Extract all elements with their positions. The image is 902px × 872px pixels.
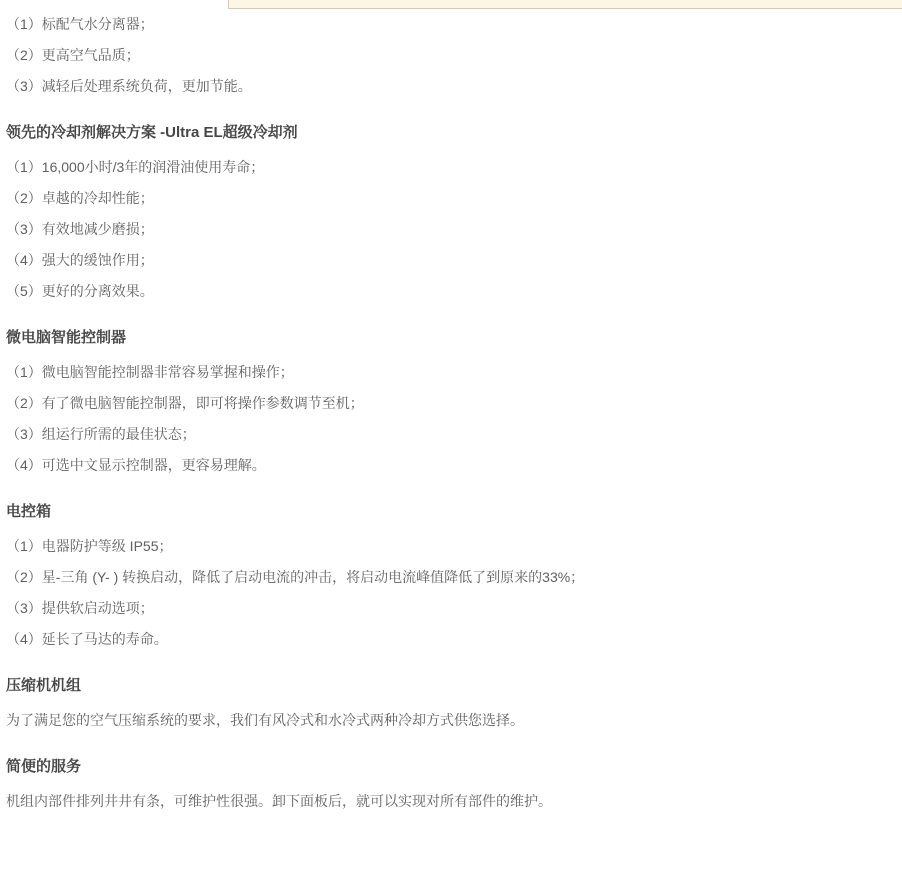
list-item: （3）组运行所需的最佳状态； bbox=[6, 424, 890, 444]
section-heading: 微电脑智能控制器 bbox=[6, 328, 890, 348]
list-item: （2）星-三角 (Y- ) 转换启动，降低了启动电流的冲击，将启动电流峰值降低了… bbox=[6, 567, 890, 587]
list-item: （2）卓越的冷却性能； bbox=[6, 188, 890, 208]
paragraph: 为了满足您的空气压缩系统的要求，我们有风冷式和水冷式两种冷却方式供您选择。 bbox=[6, 710, 890, 730]
list-item: （3）有效地减少磨损； bbox=[6, 219, 890, 239]
list-item: （3）提供软启动选项； bbox=[6, 598, 890, 618]
list-item: （3）减轻后处理系统负荷，更加节能。 bbox=[6, 76, 890, 96]
section-heading: 压缩机机组 bbox=[6, 676, 890, 696]
section-easy-service: 简便的服务 机组内部件排列井井有条，可维护性很强。卸下面板后，就可以实现对所有部… bbox=[6, 757, 890, 811]
section-air-water-separator: （1）标配气水分离器； （2）更高空气品质； （3）减轻后处理系统负荷，更加节能… bbox=[6, 14, 890, 96]
list-item: （4）延长了马达的寿命。 bbox=[6, 629, 890, 649]
content-page: （1）标配气水分离器； （2）更高空气品质； （3）减轻后处理系统负荷，更加节能… bbox=[0, 0, 902, 872]
list-item: （2）有了微电脑智能控制器，即可将操作参数调节至机； bbox=[6, 393, 890, 413]
list-item: （1）16,000小时/3年的润滑油使用寿命； bbox=[6, 157, 890, 177]
section-electric-control-box: 电控箱 （1）电器防护等级 IP55； （2）星-三角 (Y- ) 转换启动，降… bbox=[6, 502, 890, 649]
section-coolant-solution: 领先的冷却剂解决方案 -Ultra EL超级冷却剂 （1）16,000小时/3年… bbox=[6, 123, 890, 301]
list-item: （4）强大的缓蚀作用； bbox=[6, 250, 890, 270]
product-description: （1）标配气水分离器； （2）更高空气品质； （3）减轻后处理系统负荷，更加节能… bbox=[0, 0, 902, 842]
list-item: （5）更好的分离效果。 bbox=[6, 281, 890, 301]
section-heading: 简便的服务 bbox=[6, 757, 890, 777]
section-compressor-unit: 压缩机机组 为了满足您的空气压缩系统的要求，我们有风冷式和水冷式两种冷却方式供您… bbox=[6, 676, 890, 730]
section-microcomputer-controller: 微电脑智能控制器 （1）微电脑智能控制器非常容易掌握和操作； （2）有了微电脑智… bbox=[6, 328, 890, 475]
list-item: （1）微电脑智能控制器非常容易掌握和操作； bbox=[6, 362, 890, 382]
paragraph: 机组内部件排列井井有条，可维护性很强。卸下面板后，就可以实现对所有部件的维护。 bbox=[6, 791, 890, 811]
list-item: （1）电器防护等级 IP55； bbox=[6, 536, 890, 556]
list-item: （1）标配气水分离器； bbox=[6, 14, 890, 34]
section-heading: 电控箱 bbox=[6, 502, 890, 522]
list-item: （4）可选中文显示控制器，更容易理解。 bbox=[6, 455, 890, 475]
list-item: （2）更高空气品质； bbox=[6, 45, 890, 65]
section-heading: 领先的冷却剂解决方案 -Ultra EL超级冷却剂 bbox=[6, 123, 890, 143]
